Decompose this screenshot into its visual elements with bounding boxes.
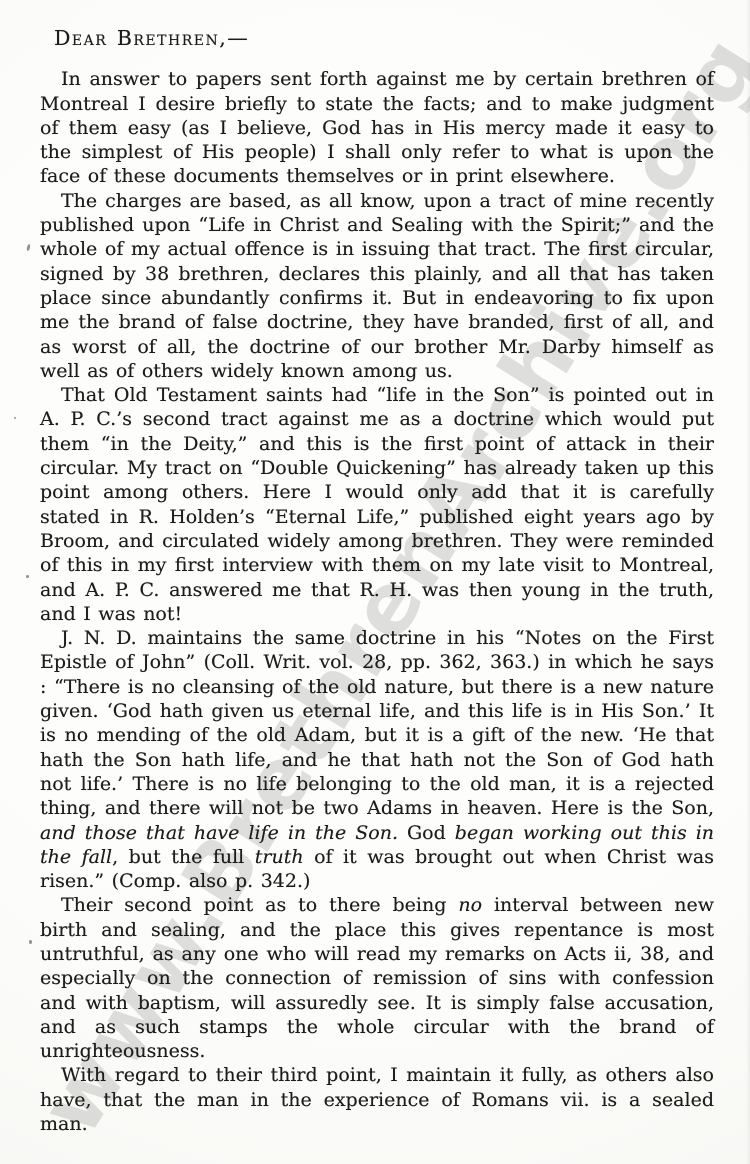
text-segment-italic: no: [458, 894, 482, 916]
paragraph-3: That Old Testament saints had “life in t…: [40, 383, 714, 626]
text-segment: , but the full: [112, 846, 255, 868]
ink-speck: [26, 575, 29, 578]
paragraph-4: J. N. D. maintains the same doctrine in …: [40, 626, 714, 893]
text-segment-italic: and those that have life in the Son.: [40, 822, 398, 844]
paragraph-1: In answer to papers sent forth against m…: [40, 67, 714, 188]
paragraph-6: With regard to their third point, I main…: [40, 1063, 714, 1136]
text-segment-italic: truth: [255, 846, 304, 868]
text-segment: In answer to papers sent forth against m…: [40, 68, 714, 187]
letter-content: Dear Brethren,— In answer to papers sent…: [40, 26, 714, 1136]
text-segment: Their second point as to there being: [61, 894, 458, 916]
salutation: Dear Brethren,—: [54, 26, 714, 50]
scanned-document-page: www.BrethrenArchive.org Dear Brethren,— …: [0, 0, 750, 1164]
ink-speck: [26, 244, 31, 252]
paragraph-5: Their second point as to there being no …: [40, 893, 714, 1063]
text-segment: J. N. D. maintains the same doctrine in …: [40, 627, 714, 819]
text-segment: With regard to their third point, I main…: [40, 1064, 714, 1135]
text-segment: God: [398, 822, 455, 844]
ink-speck: [14, 417, 16, 419]
page-edge-shadow: [746, 0, 750, 1164]
text-segment: The charges are based, as all know, upon…: [40, 190, 714, 382]
text-segment: interval between new birth and sealing, …: [40, 894, 714, 1062]
text-segment: That Old Testament saints had “life in t…: [40, 384, 714, 625]
ink-speck: [29, 940, 32, 944]
paragraph-2: The charges are based, as all know, upon…: [40, 189, 714, 383]
